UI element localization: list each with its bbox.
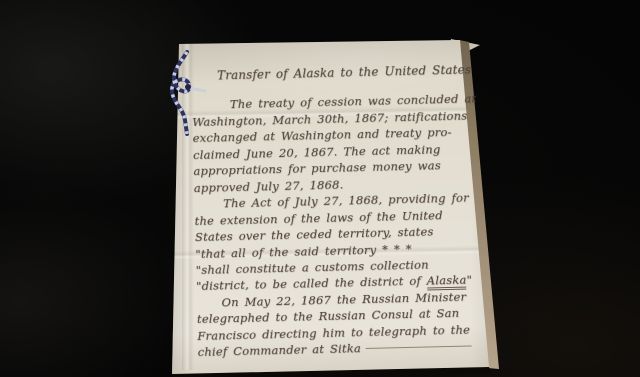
manuscript-page-stack: Transfer of Alaska to the United States …: [168, 38, 504, 377]
cord-strand-dark: [172, 52, 189, 134]
photo-background: Transfer of Alaska to the United States …: [0, 0, 640, 377]
cord-knot: [185, 84, 191, 90]
manuscript-text-block: Transfer of Alaska to the United States …: [191, 62, 468, 361]
last-line-text: chief Commander at Sitka: [198, 341, 362, 359]
quote-suffix: ": [466, 273, 472, 287]
binding-cord: [161, 46, 209, 142]
handwritten-rule-line: [366, 346, 472, 349]
cord-tail-on-paper: [189, 88, 205, 91]
